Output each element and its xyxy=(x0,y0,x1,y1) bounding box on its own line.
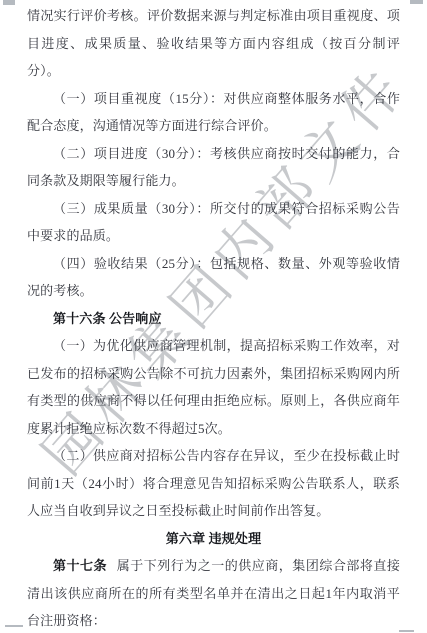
chapter-heading: 第六章 违规处理 xyxy=(27,525,400,553)
paragraph: 情况实行评价考核。评价数据来源与判定标准由项目重视度、项目进度、成果质量、验收结… xyxy=(27,2,400,85)
page-corner-mark-top-left xyxy=(3,0,15,5)
paragraph: （二）项目进度（30分）：考核供应商按时交付的能力，合同条款及期限等履行能力。 xyxy=(27,140,400,195)
document-page: 园林集团内部文件 情况实行评价考核。评价数据来源与判定标准由项目重视度、项目进度… xyxy=(0,0,427,633)
page-corner-mark-bottom-left xyxy=(5,625,23,627)
paragraph: （二）供应商对招标公告内容存在异议，至少在投标截止时间前1天（24小时）将合理意… xyxy=(27,442,400,525)
paragraph: （三）成果质量（30分）：所交付的成果符合招标采购公告中要求的品质。 xyxy=(27,195,400,250)
page-corner-mark-bottom-right xyxy=(399,630,414,632)
paragraph: 第十七条属于下列行为之一的供应商，集团综合部将直接清出该供应商所在的所有类型名单… xyxy=(27,552,400,633)
paragraph: （一）项目重视度（15分）：对供应商整体服务水平，合作配合态度，沟通情况等方面进… xyxy=(27,85,400,140)
page-corner-mark-top-right xyxy=(410,0,423,4)
paragraph: （四）验收结果（25分）：包括规格、数量、外观等验收情况的考核。 xyxy=(27,250,400,305)
paragraph: （一）为优化供应商管理机制，提高招标采购工作效率，对已发布的招标采购公告除不可抗… xyxy=(27,332,400,442)
document-body: 情况实行评价考核。评价数据来源与判定标准由项目重视度、项目进度、成果质量、验收结… xyxy=(27,2,400,633)
article-heading: 第十六条 公告响应 xyxy=(27,305,400,333)
article-number: 第十七条 xyxy=(53,558,117,573)
